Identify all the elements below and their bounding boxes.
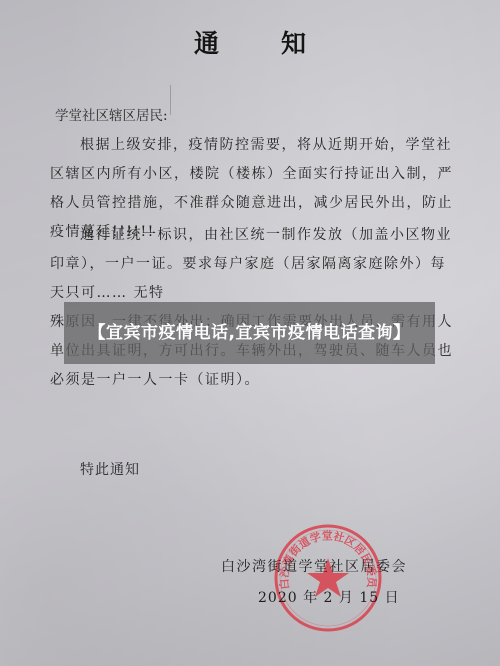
issue-date: 2020 年 2 月 15 日 xyxy=(258,587,400,607)
title-char-2: 知 xyxy=(281,24,306,60)
official-seal-icon: 白沙湾街道学堂社区居民委员会 xyxy=(272,522,384,634)
paragraph-line: 区辖区内所有小区，楼院（楼栋）全面实行持证出入制，严 xyxy=(50,160,450,189)
paragraph-line: 印章），一户一证。要求每户家庭（居家隔离家庭除外）每 xyxy=(50,250,450,279)
salutation: 学堂社区辖区居民: xyxy=(55,104,168,124)
paragraph-line: 根据上级安排，疫情防控需要，将从近期开始，学堂社 xyxy=(50,131,450,160)
paragraph-line: 通行证统一标识，由社区统一制作发放（加盖小区物业 xyxy=(50,221,450,250)
caption-banner: 【宜宾市疫情电话,宜宾市疫情电话查询】 xyxy=(64,302,435,364)
title-char-1: 通 xyxy=(194,24,219,60)
closing-remark: 特此通知 xyxy=(80,459,140,479)
paper-crease xyxy=(170,85,171,115)
caption-banner-text: 【宜宾市疫情电话,宜宾市疫情电话查询】 xyxy=(83,321,417,345)
document-title: 通知 xyxy=(0,24,500,60)
paragraph-line: 必须是一户一人一卡（证明）。 xyxy=(50,366,450,395)
paragraph-line: 格人员管控措施，不准群众随意进出，减少居民外出，防止 xyxy=(50,189,450,218)
issuing-organization: 白沙湾街道学堂社区居委会 xyxy=(221,556,407,576)
